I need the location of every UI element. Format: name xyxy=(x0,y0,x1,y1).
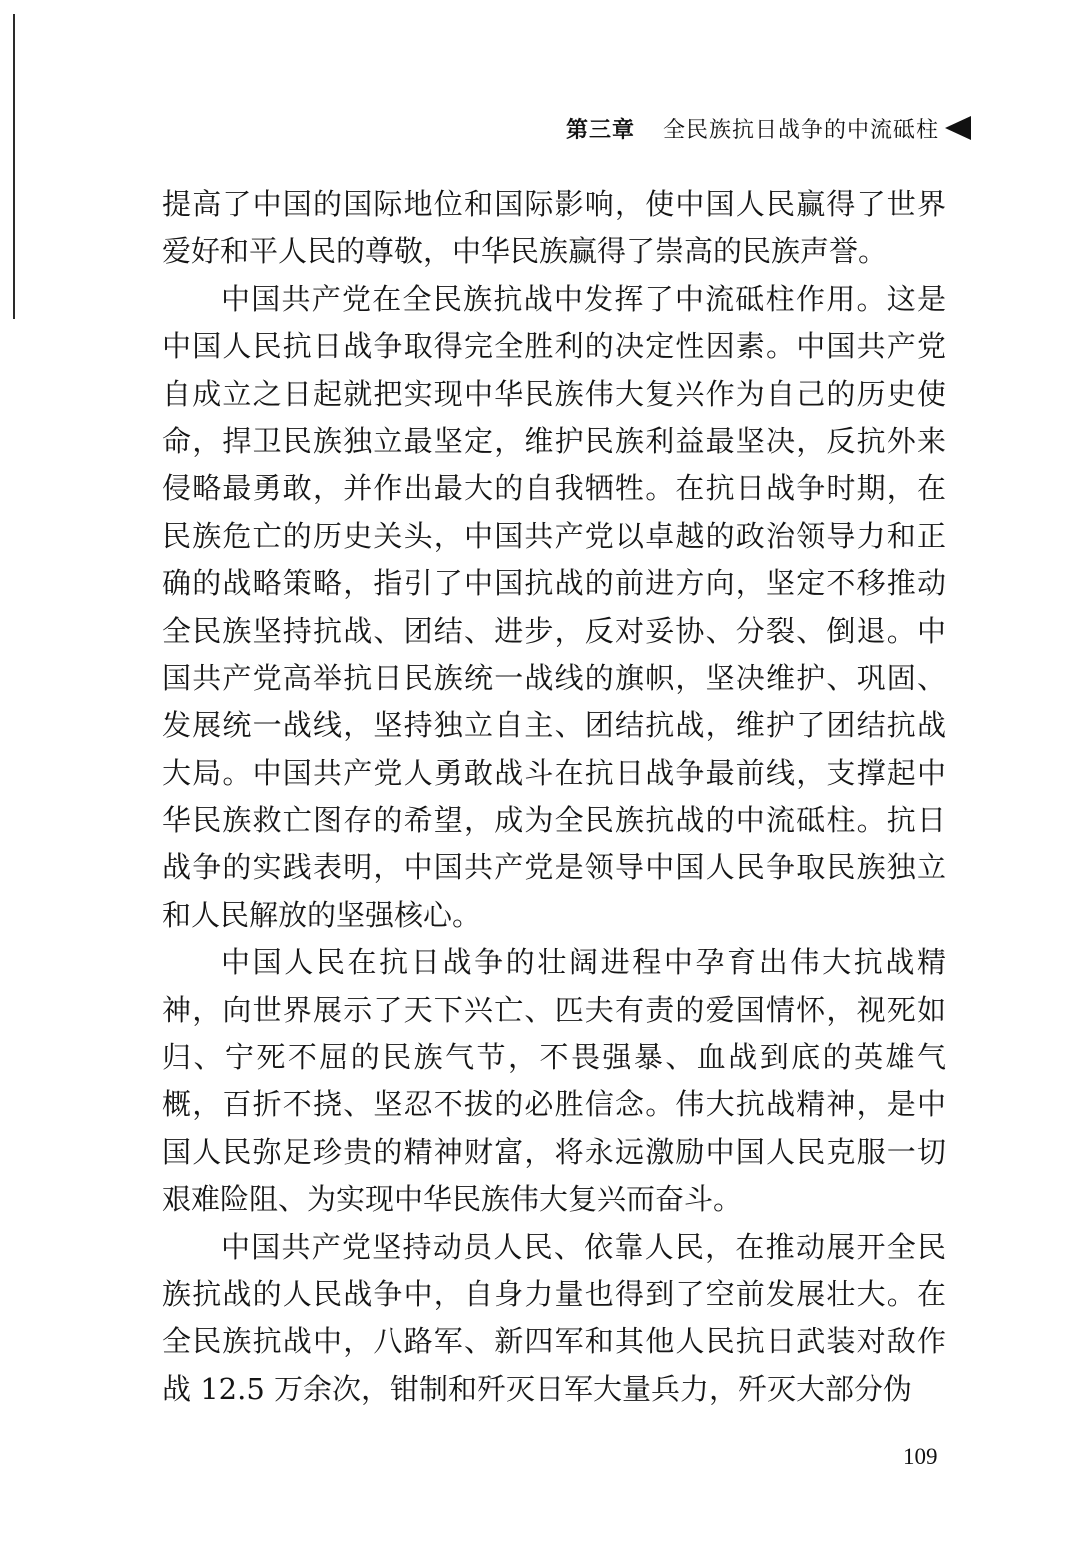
text-line: 命，捍卫民族独立最坚定，维护民族利益最坚决，反抗外来 xyxy=(162,418,946,465)
text-line: 华民族救亡图存的希望，成为全民族抗战的中流砥柱。抗日 xyxy=(162,797,946,844)
text-line: 战 12.5 万余次，钳制和歼灭日军大量兵力，歼灭大部分伪 xyxy=(162,1366,946,1413)
text-line: 民族危亡的历史关头，中国共产党以卓越的政治领导力和正 xyxy=(162,513,946,560)
page-binding-edge xyxy=(13,14,15,319)
text-line: 中国共产党在全民族抗战中发挥了中流砥柱作用。这是 xyxy=(162,276,946,323)
text-line: 国共产党高举抗日民族统一战线的旗帜，坚决维护、巩固、 xyxy=(162,655,946,702)
paragraph: 中国共产党在全民族抗战中发挥了中流砥柱作用。这是中国人民抗日战争取得完全胜利的决… xyxy=(162,276,946,939)
text-line: 发展统一战线，坚持独立自主、团结抗战，维护了团结抗战 xyxy=(162,702,946,749)
text-line: 国人民弥足珍贵的精神财富，将永远激励中国人民克服一切 xyxy=(162,1129,946,1176)
paragraph: 提高了中国的国际地位和国际影响，使中国人民赢得了世界爱好和平人民的尊敬，中华民族… xyxy=(162,181,946,276)
page-number: 109 xyxy=(903,1444,938,1470)
text-line: 全民族坚持抗战、团结、进步，反对妥协、分裂、倒退。中 xyxy=(162,608,946,655)
paragraph: 中国人民在抗日战争的壮阔进程中孕育出伟大抗战精神，向世界展示了天下兴亡、匹夫有责… xyxy=(162,939,946,1223)
text-line: 族抗战的人民战争中，自身力量也得到了空前发展壮大。在 xyxy=(162,1271,946,1318)
chapter-title: 全民族抗日战争的中流砥柱 xyxy=(663,113,939,144)
text-line: 战争的实践表明，中国共产党是领导中国人民争取民族独立 xyxy=(162,844,946,891)
text-line: 全民族抗战中，八路军、新四军和其他人民抗日武装对敌作 xyxy=(162,1318,946,1365)
text-line: 和人民解放的坚强核心。 xyxy=(162,892,946,939)
text-line: 概，百折不挠、坚忍不拔的必胜信念。伟大抗战精神，是中 xyxy=(162,1081,946,1128)
body-text: 提高了中国的国际地位和国际影响，使中国人民赢得了世界爱好和平人民的尊敬，中华民族… xyxy=(162,181,946,1413)
text-line: 中国人民在抗日战争的壮阔进程中孕育出伟大抗战精 xyxy=(162,939,946,986)
text-line: 归、宁死不屈的民族气节，不畏强暴、血战到底的英雄气 xyxy=(162,1034,946,1081)
chapter-number: 第三章 xyxy=(566,113,635,144)
text-line: 提高了中国的国际地位和国际影响，使中国人民赢得了世界 xyxy=(162,181,946,228)
text-line: 中国共产党坚持动员人民、依靠人民，在推动展开全民 xyxy=(162,1224,946,1271)
text-line: 爱好和平人民的尊敬，中华民族赢得了崇高的民族声誉。 xyxy=(162,228,946,275)
paragraph: 中国共产党坚持动员人民、依靠人民，在推动展开全民族抗战的人民战争中，自身力量也得… xyxy=(162,1224,946,1414)
text-line: 艰难险阻、为实现中华民族伟大复兴而奋斗。 xyxy=(162,1176,946,1223)
running-head: 第三章 全民族抗日战争的中流砥柱 xyxy=(566,112,971,144)
text-line: 大局。中国共产党人勇敢战斗在抗日战争最前线，支撑起中 xyxy=(162,750,946,797)
text-line: 中国人民抗日战争取得完全胜利的决定性因素。中国共产党 xyxy=(162,323,946,370)
text-line: 确的战略策略，指引了中国抗战的前进方向，坚定不移推动 xyxy=(162,560,946,607)
left-triangle-icon xyxy=(945,116,971,140)
text-line: 自成立之日起就把实现中华民族伟大复兴作为自己的历史使 xyxy=(162,371,946,418)
text-line: 侵略最勇敢，并作出最大的自我牺牲。在抗日战争时期，在 xyxy=(162,465,946,512)
text-line: 神，向世界展示了天下兴亡、匹夫有责的爱国情怀，视死如 xyxy=(162,987,946,1034)
